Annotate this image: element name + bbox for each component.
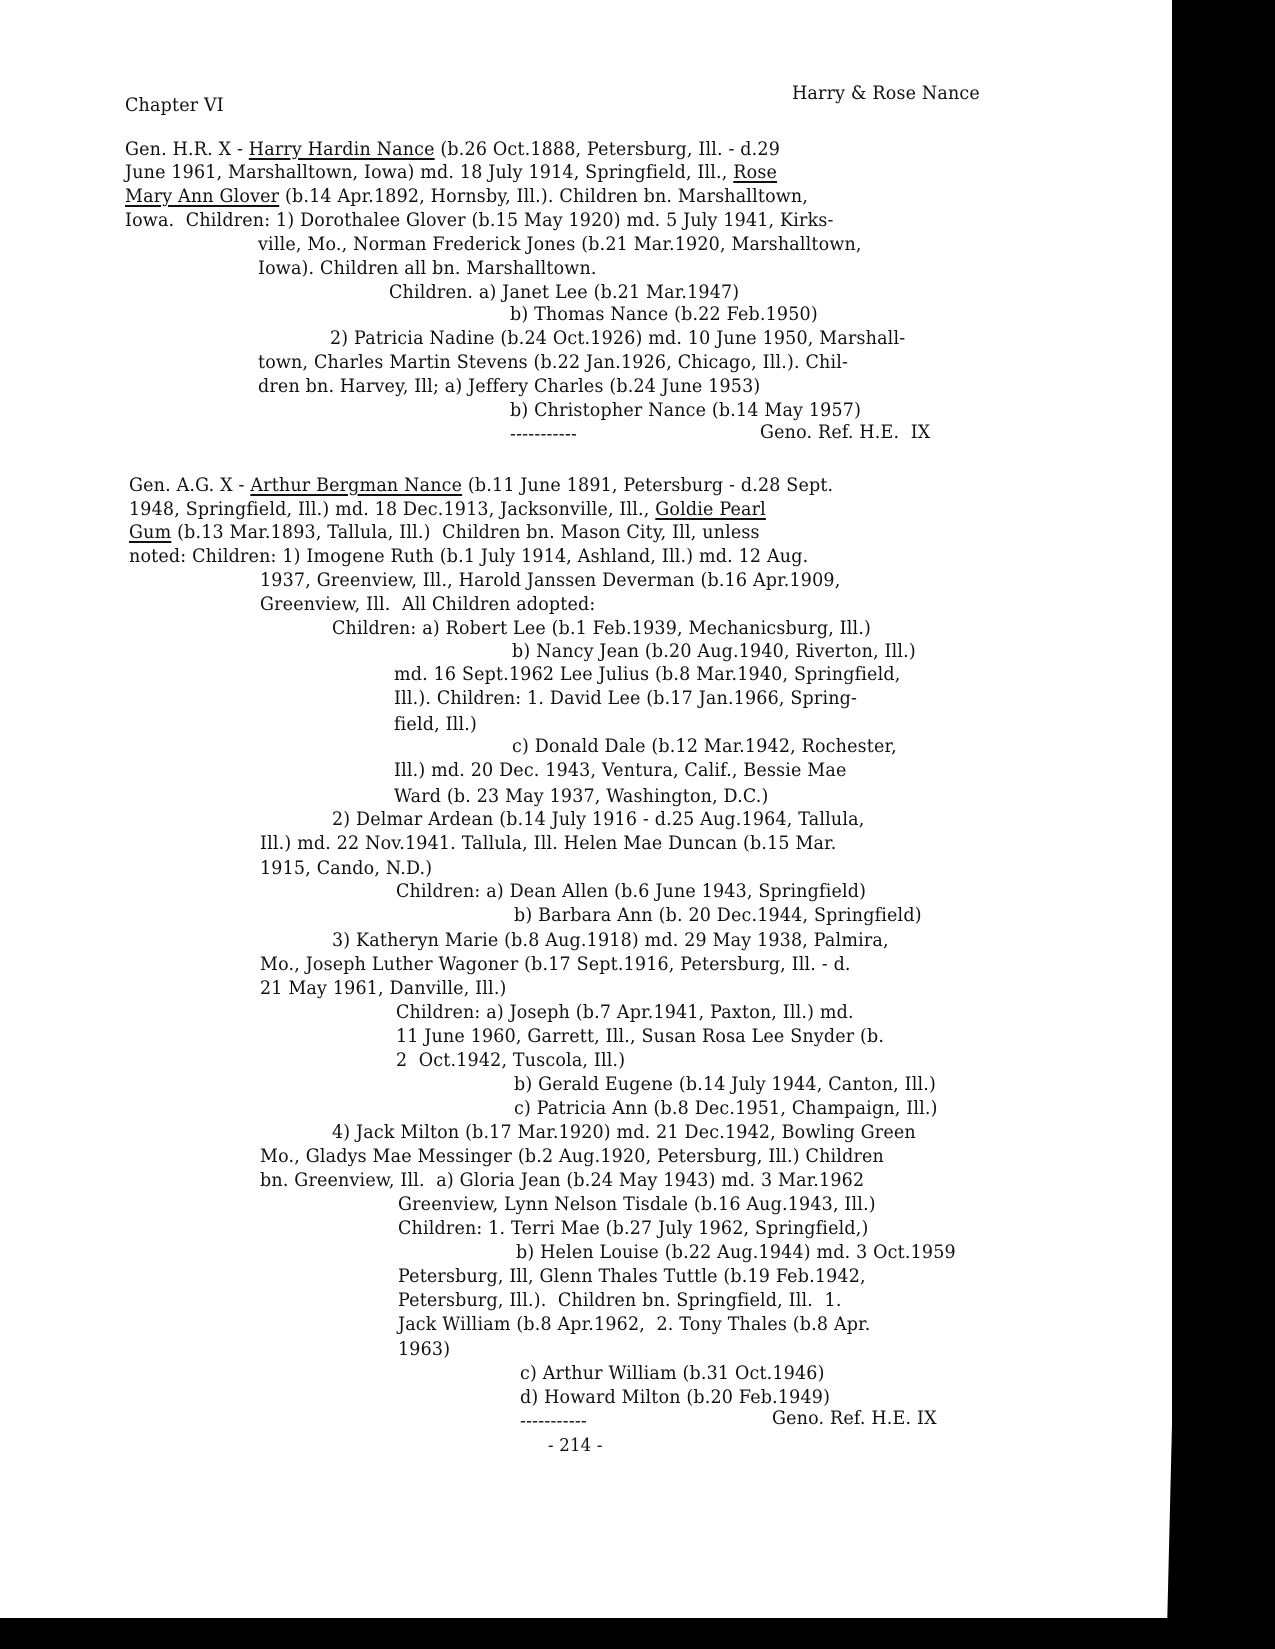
- entry-2-line-8: b) Nancy Jean (b.20 Aug.1940, Riverton, …: [512, 640, 916, 662]
- generation-label: Gen. A.G. X: [129, 474, 233, 496]
- entry-2-line-15: 2) Delmar Ardean (b.14 July 1916 - d.25 …: [332, 808, 864, 830]
- entry-2-line-26: b) Gerald Eugene (b.14 July 1944, Canton…: [514, 1073, 936, 1095]
- entry-2-line-7: Children: a) Robert Lee (b.1 Feb.1939, M…: [332, 617, 871, 639]
- entry-2-line-4: noted: Children: 1) Imogene Ruth (b.1 Ju…: [129, 545, 808, 567]
- entry-2-line-39: d) Howard Milton (b.20 Feb.1949): [520, 1386, 830, 1408]
- entry-1-line-4: Iowa. Children: 1) Dorothalee Glover (b.…: [125, 209, 834, 231]
- entry-1-line-3: Mary Ann Glover (b.14 Apr.1892, Hornsby,…: [125, 185, 808, 207]
- entry-1-line-2: June 1961, Marshalltown, Iowa) md. 18 Ju…: [125, 161, 777, 183]
- entry-2-line-19: b) Barbara Ann (b. 20 Dec.1944, Springfi…: [514, 904, 922, 926]
- entry-1-line-7: Children. a) Janet Lee (b.21 Mar.1947): [389, 281, 739, 303]
- entry-2-separator: -----------: [520, 1410, 587, 1432]
- entry-2-line-35: Petersburg, Ill.). Children bn. Springfi…: [398, 1289, 842, 1311]
- entry-2-line-3: Gum (b.13 Mar.1893, Tallula, Ill.) Child…: [129, 521, 760, 543]
- entry-2-line-5: 1937, Greenview, Ill., Harold Janssen De…: [260, 569, 840, 591]
- entry-1-line-9: 2) Patricia Nadine (b.24 Oct.1926) md. 1…: [330, 327, 905, 349]
- person-name: Arthur Bergman Nance: [250, 474, 462, 496]
- page-number: - 214 -: [548, 1435, 603, 1457]
- entry-1-reference: Geno. Ref. H.E. IX: [760, 421, 930, 443]
- entry-2-line-27: c) Patricia Ann (b.8 Dec.1951, Champaign…: [514, 1097, 938, 1119]
- spouse-name-cont: Mary Ann Glover: [125, 185, 279, 207]
- entry-2-line-31: Greenview, Lynn Nelson Tisdale (b.16 Aug…: [398, 1193, 876, 1215]
- entry-2-line-17: 1915, Cando, N.D.): [260, 857, 432, 879]
- entry-1-line-12: b) Christopher Nance (b.14 May 1957): [510, 399, 861, 421]
- entry-2-line-37: 1963): [398, 1338, 450, 1360]
- entry-1-line-10: town, Charles Martin Stevens (b.22 Jan.1…: [258, 351, 848, 373]
- chapter-heading: Chapter VI: [125, 94, 224, 116]
- document-page: Chapter VI Harry & Rose Nance Gen. H.R. …: [0, 0, 1172, 1618]
- entry-1-line-1: Gen. H.R. X - Harry Hardin Nance (b.26 O…: [125, 138, 780, 160]
- person-name: Harry Hardin Nance: [249, 138, 435, 160]
- entry-2-line-21: Mo., Joseph Luther Wagoner (b.17 Sept.19…: [260, 953, 851, 975]
- entry-2-line-13: Ill.) md. 20 Dec. 1943, Ventura, Calif.,…: [394, 759, 847, 781]
- entry-2-line-1: Gen. A.G. X - Arthur Bergman Nance (b.11…: [129, 474, 833, 496]
- entry-2-line-14: Ward (b. 23 May 1937, Washington, D.C.): [394, 785, 769, 807]
- entry-2-line-12: c) Donald Dale (b.12 Mar.1942, Rochester…: [512, 735, 897, 757]
- entry-2-line-6: Greenview, Ill. All Children adopted:: [260, 593, 595, 615]
- spouse-name: Rose: [733, 161, 777, 183]
- entry-2-line-2: 1948, Springfield, Ill.) md. 18 Dec.1913…: [129, 498, 766, 520]
- entry-2-line-28: 4) Jack Milton (b.17 Mar.1920) md. 21 De…: [332, 1121, 916, 1143]
- entry-2-line-18: Children: a) Dean Allen (b.6 June 1943, …: [396, 880, 866, 902]
- entry-2-line-23: Children: a) Joseph (b.7 Apr.1941, Paxto…: [396, 1001, 854, 1023]
- entry-1-line-5: ville, Mo., Norman Frederick Jones (b.21…: [258, 233, 862, 255]
- entry-1-line-11: dren bn. Harvey, Ill; a) Jeffery Charles…: [258, 375, 760, 397]
- spouse-name-cont: Gum: [129, 521, 171, 543]
- entry-1-separator: -----------: [510, 423, 577, 445]
- entry-2-line-20: 3) Katheryn Marie (b.8 Aug.1918) md. 29 …: [332, 929, 889, 951]
- entry-2-line-38: c) Arthur William (b.31 Oct.1946): [520, 1362, 825, 1384]
- entry-2-line-11: field, Ill.): [394, 713, 477, 735]
- entry-2-line-34: Petersburg, Ill, Glenn Thales Tuttle (b.…: [398, 1265, 866, 1287]
- entry-2-line-22: 21 May 1961, Danville, Ill.): [260, 977, 507, 999]
- entry-2-line-29: Mo., Gladys Mae Messinger (b.2 Aug.1920,…: [260, 1145, 884, 1167]
- entry-2-line-10: Ill.). Children: 1. David Lee (b.17 Jan.…: [394, 687, 857, 709]
- entry-2-line-25: 2 Oct.1942, Tuscola, Ill.): [396, 1049, 625, 1071]
- entry-2-reference: Geno. Ref. H.E. IX: [772, 1407, 937, 1429]
- entry-2-line-33: b) Helen Louise (b.22 Aug.1944) md. 3 Oc…: [516, 1241, 956, 1263]
- entry-2-line-32: Children: 1. Terri Mae (b.27 July 1962, …: [398, 1217, 868, 1239]
- entry-2-line-16: Ill.) md. 22 Nov.1941. Tallula, Ill. Hel…: [260, 832, 837, 854]
- spouse-name: Goldie Pearl: [655, 498, 766, 520]
- entry-1-line-6: Iowa). Children all bn. Marshalltown.: [258, 257, 597, 279]
- entry-2-line-9: md. 16 Sept.1962 Lee Julius (b.8 Mar.194…: [394, 663, 900, 685]
- running-title: Harry & Rose Nance: [792, 82, 980, 104]
- entry-2-line-24: 11 June 1960, Garrett, Ill., Susan Rosa …: [396, 1025, 884, 1047]
- entry-1-line-8: b) Thomas Nance (b.22 Feb.1950): [510, 303, 818, 325]
- entry-2-line-30: bn. Greenview, Ill. a) Gloria Jean (b.24…: [260, 1169, 864, 1191]
- entry-2-line-36: Jack William (b.8 Apr.1962, 2. Tony Thal…: [398, 1313, 871, 1335]
- generation-label: Gen. H.R. X: [125, 138, 231, 160]
